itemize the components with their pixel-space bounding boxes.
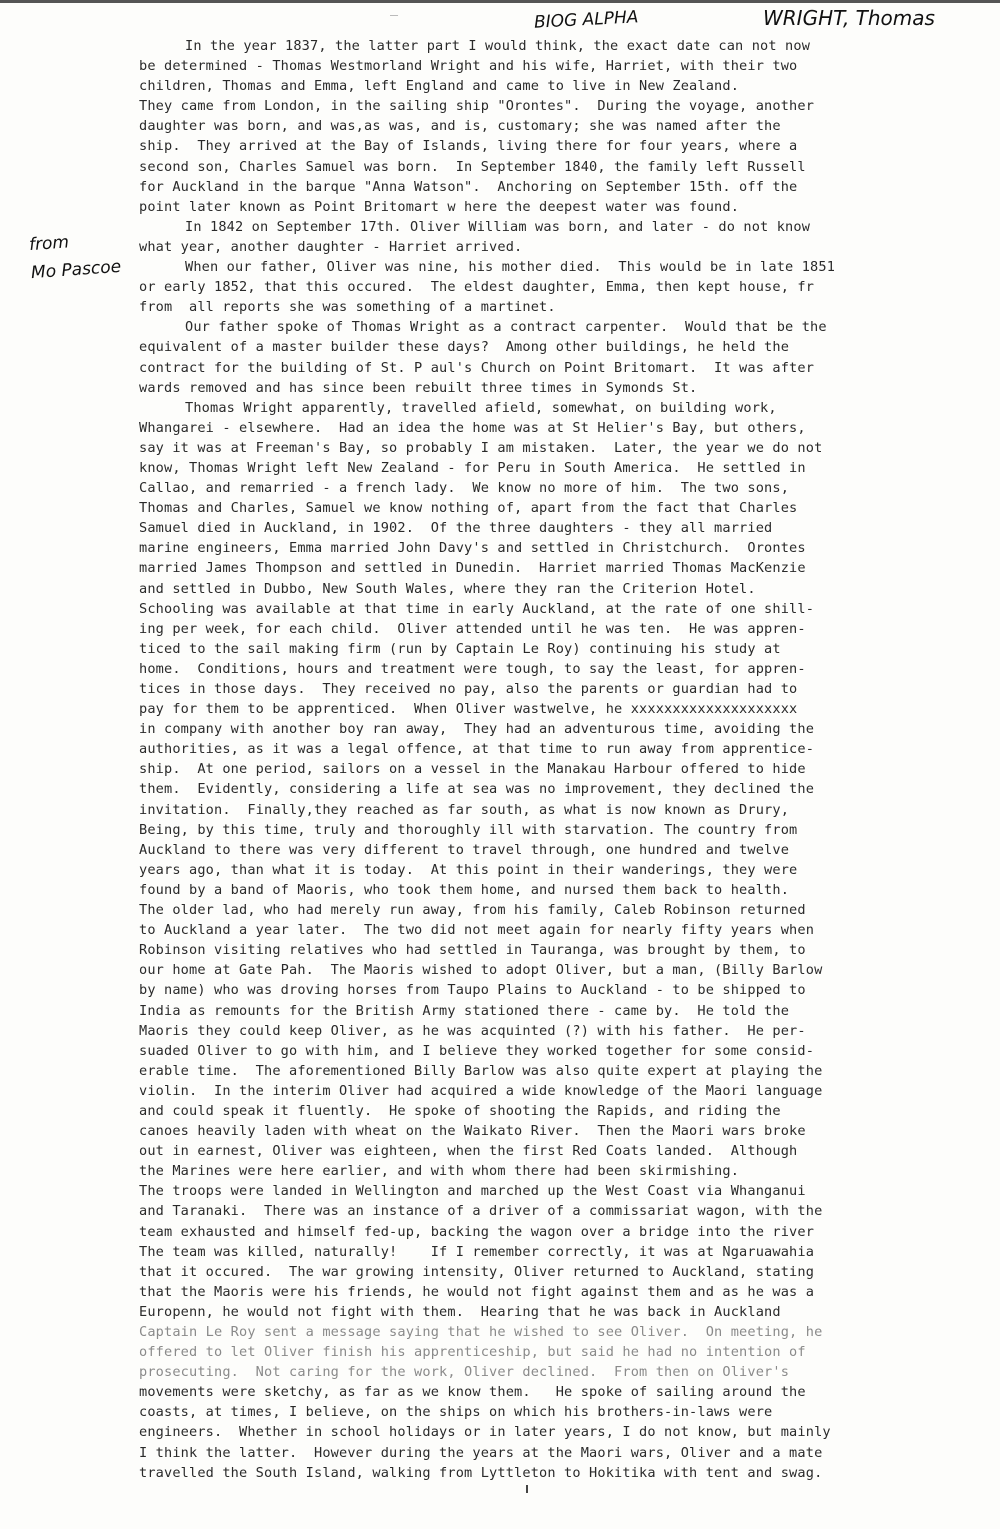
text-line: In 1842 on September 17th. Oliver Willia… [139, 217, 969, 237]
text-line: tices in those days. They received no pa… [139, 679, 969, 699]
handwritten-label-top-center: BIOG ALPHA [534, 7, 639, 32]
text-line: or early 1852, that this occured. The el… [139, 277, 969, 297]
text-line: The team was killed, naturally! If I rem… [139, 1242, 969, 1262]
text-line: know, Thomas Wright left New Zealand - f… [139, 458, 969, 478]
text-line: I think the latter. However during the y… [139, 1443, 969, 1463]
text-line: married James Thompson and settled in Du… [139, 558, 969, 578]
text-line: Our father spoke of Thomas Wright as a c… [139, 317, 969, 337]
text-line: Thomas Wright apparently, travelled afie… [139, 398, 969, 418]
text-line: movements were sketchy, as far as we kno… [139, 1382, 969, 1402]
text-line: found by a band of Maoris, who took them… [139, 880, 969, 900]
text-line: that the Maoris were his friends, he wou… [139, 1282, 969, 1302]
text-line: Captain Le Roy sent a message saying tha… [139, 1322, 969, 1342]
text-line: prosecuting. Not caring for the work, Ol… [139, 1362, 969, 1382]
text-line: invitation. Finally,they reached as far … [139, 800, 969, 820]
text-line: erable time. The aforementioned Billy Ba… [139, 1061, 969, 1081]
text-line: In the year 1837, the latter part I woul… [139, 36, 969, 56]
handwritten-margin-note: from Mo Pascoe [28, 225, 122, 287]
text-line: daughter was born, and was,as was, and i… [139, 116, 969, 136]
text-line: from all reports she was something of a … [139, 297, 969, 317]
text-line: contract for the building of St. P aul's… [139, 358, 969, 378]
text-line: Whangarei - elsewhere. Had an idea the h… [139, 418, 969, 438]
text-line: Thomas and Charles, Samuel we know nothi… [139, 498, 969, 518]
margin-note-line: Mo Pascoe [30, 253, 122, 287]
text-line: They came from London, in the sailing sh… [139, 96, 969, 116]
text-line: The troops were landed in Wellington and… [139, 1181, 969, 1201]
text-line: travelled the South Island, walking from… [139, 1463, 969, 1483]
text-line: ing per week, for each child. Oliver att… [139, 619, 969, 639]
text-line: The older lad, who had merely run away, … [139, 900, 969, 920]
page-top-edge [0, 0, 1000, 3]
text-line: Maoris they could keep Oliver, as he was… [139, 1021, 969, 1041]
text-line: team exhausted and himself fed-up, backi… [139, 1222, 969, 1242]
text-line: India as remounts for the British Army s… [139, 1001, 969, 1021]
text-line: Europenn, he would not fight with them. … [139, 1302, 969, 1322]
text-line: years ago, than what it is today. At thi… [139, 860, 969, 880]
text-line: and settled in Dubbo, New South Wales, w… [139, 579, 969, 599]
faded-typed-header [390, 6, 398, 17]
text-line: canoes heavily laden with wheat on the W… [139, 1121, 969, 1141]
text-line: say it was at Freeman's Bay, so probably… [139, 438, 969, 458]
text-line: that it occured. The war growing intensi… [139, 1262, 969, 1282]
text-line: marine engineers, Emma married John Davy… [139, 538, 969, 558]
text-line: and Taranaki. There was an instance of a… [139, 1201, 969, 1221]
stray-mark [526, 1485, 528, 1493]
text-line: equivalent of a master builder these day… [139, 337, 969, 357]
text-line: Robinson visiting relatives who had sett… [139, 940, 969, 960]
text-line: ship. At one period, sailors on a vessel… [139, 759, 969, 779]
typed-page-body: In the year 1837, the latter part I woul… [139, 36, 969, 1483]
text-line: children, Thomas and Emma, left England … [139, 76, 969, 96]
text-line: them. Evidently, considering a life at s… [139, 779, 969, 799]
text-line: for Auckland in the barque "Anna Watson"… [139, 177, 969, 197]
text-line: Being, by this time, truly and thoroughl… [139, 820, 969, 840]
handwritten-label-top-right: WRIGHT, Thomas [763, 6, 935, 30]
text-line: coasts, at times, I believe, on the ship… [139, 1402, 969, 1422]
text-line: Callao, and remarried - a french lady. W… [139, 478, 969, 498]
text-line: engineers. Whether in school holidays or… [139, 1422, 969, 1442]
text-line: suaded Oliver to go with him, and I beli… [139, 1041, 969, 1061]
text-line: authorities, as it was a legal offence, … [139, 739, 969, 759]
text-line: be determined - Thomas Westmorland Wrigh… [139, 56, 969, 76]
text-line: home. Conditions, hours and treatment we… [139, 659, 969, 679]
text-line: and could speak it fluently. He spoke of… [139, 1101, 969, 1121]
text-line: offered to let Oliver finish his apprent… [139, 1342, 969, 1362]
text-line: out in earnest, Oliver was eighteen, whe… [139, 1141, 969, 1161]
text-line: to Auckland a year later. The two did no… [139, 920, 969, 940]
text-line: Auckland to there was very different to … [139, 840, 969, 860]
text-line: violin. In the interim Oliver had acquir… [139, 1081, 969, 1101]
text-line: ship. They arrived at the Bay of Islands… [139, 136, 969, 156]
text-line: in company with another boy ran away, Th… [139, 719, 969, 739]
text-line: what year, another daughter - Harriet ar… [139, 237, 969, 257]
text-line: our home at Gate Pah. The Maoris wished … [139, 960, 969, 980]
text-line: pay for them to be apprenticed. When Oli… [139, 699, 969, 719]
text-line: second son, Charles Samuel was born. In … [139, 157, 969, 177]
text-line: point later known as Point Britomart w h… [139, 197, 969, 217]
text-line: ticed to the sail making firm (run by Ca… [139, 639, 969, 659]
text-line: When our father, Oliver was nine, his mo… [139, 257, 969, 277]
text-line: by name) who was droving horses from Tau… [139, 980, 969, 1000]
text-line: wards removed and has since been rebuilt… [139, 378, 969, 398]
text-line: Schooling was available at that time in … [139, 599, 969, 619]
text-line: Samuel died in Auckland, in 1902. Of the… [139, 518, 969, 538]
text-line: the Marines were here earlier, and with … [139, 1161, 969, 1181]
